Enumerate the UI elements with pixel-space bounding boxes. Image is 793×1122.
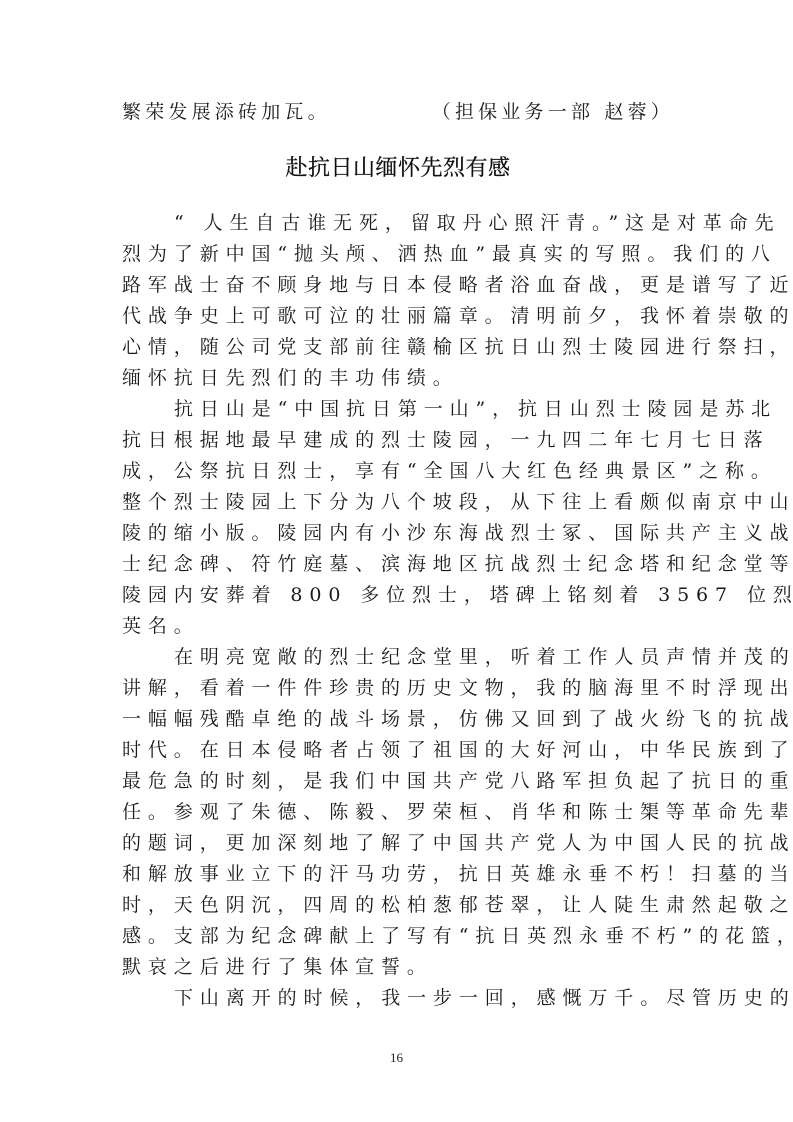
paragraph-line: 任。参观了朱德、陈毅、罗荣桓、肖华和陈士榘等革命先辈: [122, 797, 674, 828]
paragraph-line: 抗日根据地最早建成的烈士陵园，一九四二年七月七日落: [122, 425, 674, 456]
paragraph-line: “ 人生自古谁无死，留取丹心照汗青。”这是对革命先: [122, 208, 674, 239]
paragraph-line: 讲解，看着一件件珍贵的历史文物，我的脑海里不时浮现出: [122, 673, 674, 704]
paragraph-line: 心情，随公司党支部前往赣榆区抗日山烈士陵园进行祭扫，: [122, 332, 674, 363]
document-page: 繁荣发展添砖加瓦。 （担保业务一部 赵蓉） 赴抗日山缅怀先烈有感 “ 人生自古谁…: [0, 0, 793, 1122]
page-content: 繁荣发展添砖加瓦。 （担保业务一部 赵蓉） 赴抗日山缅怀先烈有感 “ 人生自古谁…: [122, 97, 674, 1014]
paragraph-line: 时代。在日本侵略者占领了祖国的大好河山，中华民族到了: [122, 735, 674, 766]
article-title: 赴抗日山缅怀先烈有感: [122, 155, 674, 183]
paragraph-line: 一幅幅残酷卓绝的战斗场景，仿佛又回到了战火纷飞的抗战: [122, 704, 674, 735]
paragraph-line: 陵的缩小版。陵园内有小沙东海战烈士冢、国际共产主义战: [122, 518, 674, 549]
previous-article-byline: （担保业务一部 赵蓉）: [432, 97, 674, 128]
paragraph-line: 成，公祭抗日烈士，享有“全国八大红色经典景区”之称。: [122, 456, 674, 487]
paragraph-line: 路军战士奋不顾身地与日本侵略者浴血奋战，更是谱写了近: [122, 270, 674, 301]
paragraph-1: “ 人生自古谁无死，留取丹心照汗青。”这是对革命先 烈为了新中国“抛头颅、洒热血…: [122, 208, 674, 394]
paragraph-line: 在明亮宽敞的烈士纪念堂里，听着工作人员声情并茂的: [122, 642, 674, 673]
paragraph-line: 最危急的时刻，是我们中国共产党八路军担负起了抗日的重: [122, 766, 674, 797]
paragraph-line: 整个烈士陵园上下分为八个坡段，从下往上看颇似南京中山: [122, 487, 674, 518]
paragraph-line: 下山离开的时候，我一步一回，感慨万千。尽管历史的: [122, 983, 674, 1014]
paragraph-line: 默哀之后进行了集体宣誓。: [122, 952, 674, 983]
paragraph-line: 英名。: [122, 611, 674, 642]
previous-article-closing-text: 繁荣发展添砖加瓦。: [122, 97, 331, 128]
paragraph-line: 士纪念碑、符竹庭墓、滨海地区抗战烈士纪念塔和纪念堂等。: [122, 549, 674, 580]
paragraph-line: 感。支部为纪念碑献上了写有“抗日英烈永垂不朽”的花篮，: [122, 921, 674, 952]
previous-article-ending: 繁荣发展添砖加瓦。 （担保业务一部 赵蓉）: [122, 97, 674, 128]
paragraph-line: 的题词，更加深刻地了解了中国共产党人为中国人民的抗战: [122, 828, 674, 859]
paragraph-line: 代战争史上可歌可泣的壮丽篇章。清明前夕，我怀着崇敬的: [122, 301, 674, 332]
paragraph-line: 缅怀抗日先烈们的丰功伟绩。: [122, 363, 674, 394]
paragraph-line: 抗日山是“中国抗日第一山”，抗日山烈士陵园是苏北: [122, 394, 674, 425]
paragraph-4: 下山离开的时候，我一步一回，感慨万千。尽管历史的: [122, 983, 674, 1014]
article-body: “ 人生自古谁无死，留取丹心照汗青。”这是对革命先 烈为了新中国“抛头颅、洒热血…: [122, 208, 674, 1014]
paragraph-line: 烈为了新中国“抛头颅、洒热血”最真实的写照。我们的八: [122, 239, 674, 270]
paragraph-line: 和解放事业立下的汗马功劳，抗日英雄永垂不朽！扫墓的当: [122, 859, 674, 890]
paragraph-line: 陵园内安葬着 800 多位烈士，塔碑上铭刻着 3567 位烈士的: [122, 580, 674, 611]
paragraph-3: 在明亮宽敞的烈士纪念堂里，听着工作人员声情并茂的 讲解，看着一件件珍贵的历史文物…: [122, 642, 674, 983]
paragraph-line: 时，天色阴沉，四周的松柏葱郁苍翠，让人陡生肃然起敬之: [122, 890, 674, 921]
page-number: 16: [0, 1050, 793, 1066]
paragraph-2: 抗日山是“中国抗日第一山”，抗日山烈士陵园是苏北 抗日根据地最早建成的烈士陵园，…: [122, 394, 674, 642]
